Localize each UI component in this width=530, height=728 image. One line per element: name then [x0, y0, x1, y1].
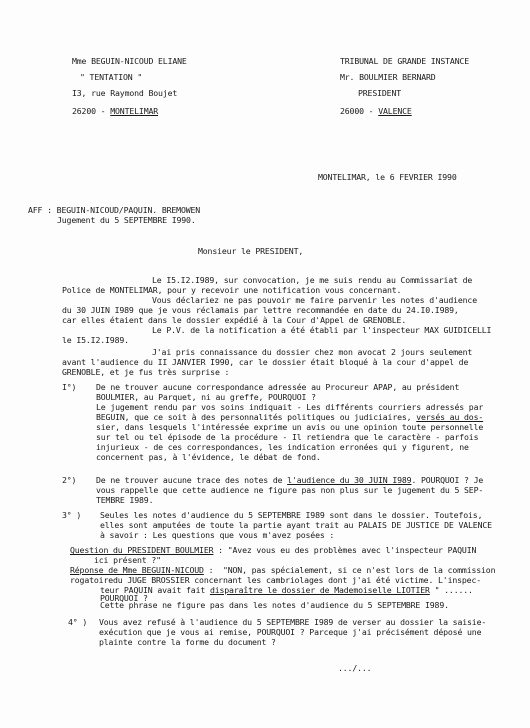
sender-postcode: 26200 -	[72, 106, 110, 116]
item-line: exécution que je vous ai remise, POURQUO…	[99, 627, 481, 637]
paragraph-line: Le P.V. de la notification a été établi …	[152, 325, 491, 335]
recipient-title: PRESIDENT	[358, 88, 401, 98]
answer-label: Réponse de Mme BEGUIN-NICOUD	[70, 565, 204, 575]
item-line: concernent pas, à l'évidence, le débat d…	[96, 452, 321, 462]
recipient-city-line: 26000 - VALENCE	[340, 106, 412, 116]
item-line: Seules les notes d'audience du 5 SEPTEMB…	[100, 510, 482, 520]
item-line: BOULMIER, au Parquet, ni au greffe, POUR…	[96, 392, 316, 402]
date-line: MONTELIMAR, le 6 FEVRIER I990	[318, 172, 457, 182]
item-line: vous rappelle que cette audience ne figu…	[96, 485, 483, 495]
item-line: De ne trouver aucune trace des notes de …	[96, 475, 483, 485]
paragraph-line: Vous déclariez ne pas pouvoir me faire p…	[152, 295, 477, 305]
item-line: TEMBRE I989.	[96, 495, 153, 505]
salutation: Monsieur le PRESIDENT,	[198, 246, 303, 256]
paragraph-line: avant l'audience du II JANVIER I990, car…	[62, 357, 468, 367]
item-line: BEGUIN, que ce soit à des personnalités …	[96, 412, 483, 422]
item-number: 2°)	[62, 475, 76, 485]
answer-line: Réponse de Mme BEGUIN-NICOUD : "NON, pas…	[70, 565, 495, 575]
sender-name: Mme BEGUIN-NICOUD ELIANE	[72, 56, 187, 66]
continuation-mark: .../...	[338, 663, 371, 673]
item-number: 3° )	[62, 510, 81, 520]
item-line: à savoir : Les questions que vous m'avez…	[100, 530, 334, 540]
item-line: plainte contre la forme du document ?	[99, 637, 276, 647]
item-number: I°)	[62, 382, 76, 392]
underlined-phrase: l'audience du 30 JUIN I989	[287, 475, 411, 485]
item-line: sier, dans lesquels l'intéressée exprime…	[96, 422, 483, 432]
item-line: elles sont amputées de toute la partie a…	[100, 520, 492, 530]
item-line: De ne trouver aucune correspondance adre…	[96, 382, 459, 392]
item-line: Le jugement rendu par vos soins indiquai…	[96, 402, 483, 412]
answer-line: teur PAQUIN avait fait disparaître le do…	[100, 585, 473, 595]
item-line: injurieux - de ces correspondances, les …	[96, 442, 469, 452]
paragraph-line: Le I5.I2.I989, sur convocation, je me su…	[152, 275, 472, 285]
sender-city-line: 26200 - MONTELIMAR	[72, 106, 158, 116]
recipient-court: TRIBUNAL DE GRANDE INSTANCE	[340, 56, 469, 66]
paragraph-line: GRENOBLE, et je fus très surprise :	[62, 367, 229, 377]
paragraph-line: du 30 JUIN I989 que je vous réclamais pa…	[62, 305, 459, 315]
sender-street: I3, rue Raymond Boujet	[72, 88, 177, 98]
paragraph-line: Police de MONTELIMAR, pour y recevoir un…	[62, 285, 401, 295]
reference-line-1: AFF : BEGUIN-NICOUD/PAQUIN. BREMOWEN	[28, 205, 200, 215]
paragraph-line: le I5.I2.I989.	[62, 335, 129, 345]
letter-page: Mme BEGUIN-NICOUD ELIANE " TENTATION " I…	[0, 0, 530, 728]
recipient-name: Mr. BOULMIER BERNARD	[340, 72, 436, 82]
question-label: Question du PRESIDENT BOULMIER	[70, 545, 213, 555]
question-line: Question du PRESIDENT BOULMIER : "Avez v…	[70, 545, 476, 555]
sender-shop: " TENTATION "	[80, 72, 142, 82]
sender-city: MONTELIMAR	[110, 106, 158, 116]
item-number: 4° )	[68, 617, 87, 627]
underlined-phrase: versés au dos-	[416, 412, 483, 422]
recipient-postcode: 26000 -	[340, 106, 378, 116]
item-line: Vous avez refusé à l'audience du 5 SEPTE…	[99, 617, 486, 627]
recipient-city: VALENCE	[378, 106, 411, 116]
paragraph-line: J'ai pris connaissance du dossier chez m…	[152, 347, 472, 357]
answer-line: rogatoiredu JUGE BROSSIER concernant les…	[70, 575, 481, 585]
item-line: sur tel ou tel épisode de la procédure -…	[96, 432, 478, 442]
dialogue-note: Cette phrase ne figure pas dans les note…	[100, 600, 449, 610]
question-continuation: ici présent ?"	[94, 555, 161, 565]
reference-line-2: Jugement du 5 SEPTEMBRE I990.	[57, 215, 196, 225]
underlined-phrase: disparaître le dossier de Mademoiselle L…	[210, 585, 430, 595]
paragraph-line: car elles étaient dans le dossier expédi…	[62, 315, 406, 325]
